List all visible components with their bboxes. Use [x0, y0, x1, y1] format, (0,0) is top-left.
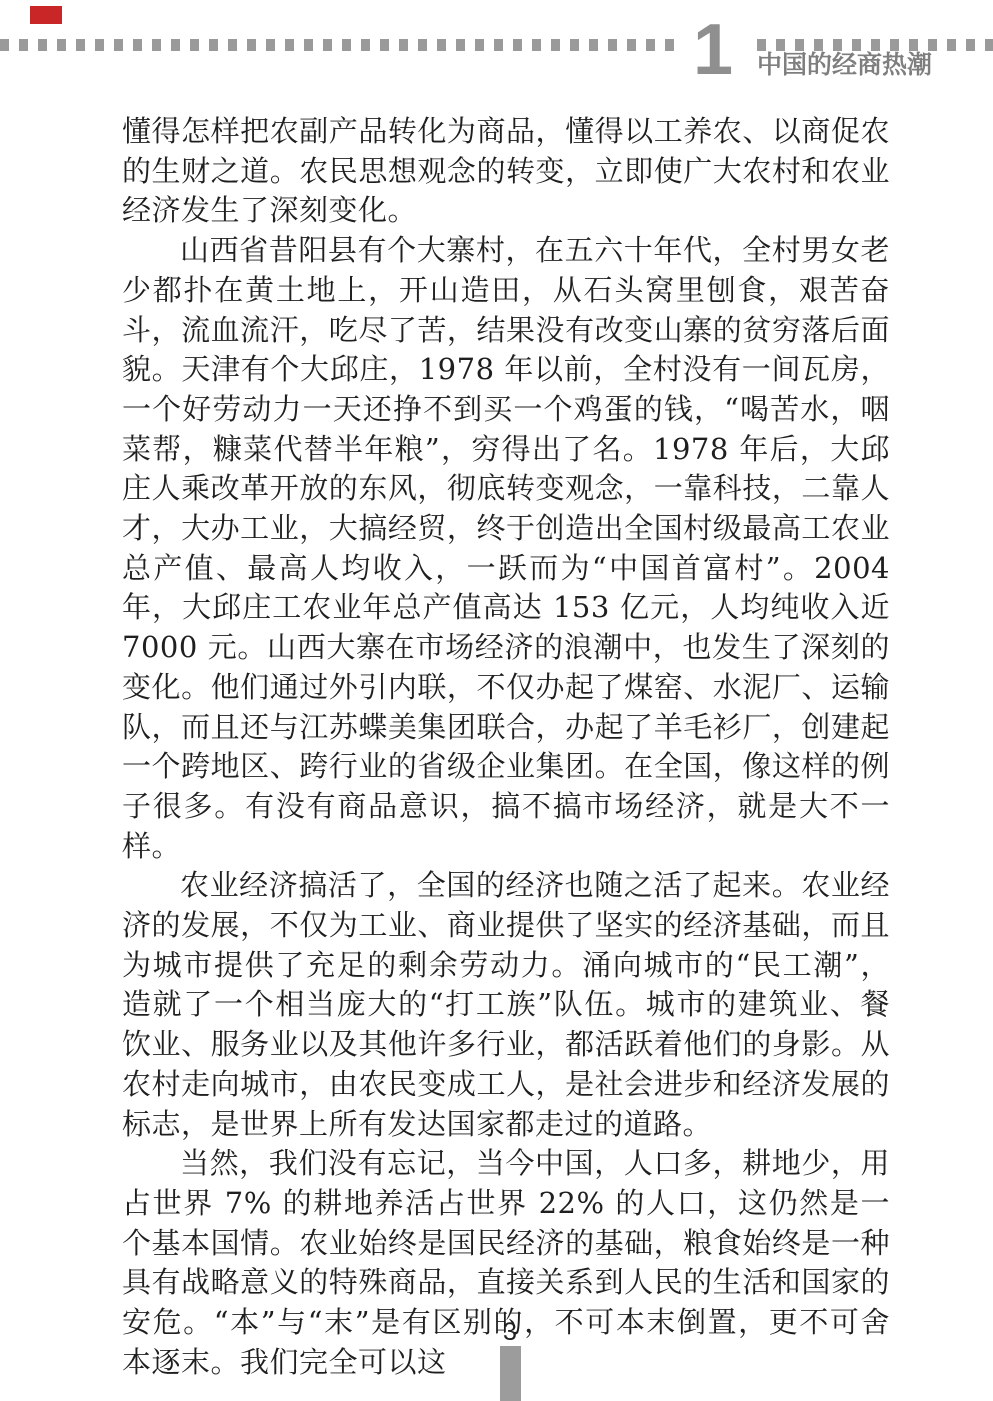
header-dashed-rule-left	[0, 39, 680, 51]
paragraph-dazhai-daqiuzhuang: 山西省昔阳县有个大寨村，在五六十年代，全村男女老少都扑在黄土地上，开山造田，从石…	[122, 231, 890, 866]
paragraph-continuation: 懂得怎样把农副产品转化为商品，懂得以工养农、以商促农的生财之道。农民思想观念的转…	[122, 112, 890, 231]
chapter-number: 1	[692, 14, 734, 86]
chapter-title: 中国的经商热潮	[757, 51, 932, 78]
red-corner-mark	[30, 6, 62, 24]
page-number-tab	[500, 1346, 521, 1401]
page-number: 3	[486, 1318, 534, 1346]
body-text: 懂得怎样把农副产品转化为商品，懂得以工养农、以商促农的生财之道。农民思想观念的转…	[122, 112, 890, 1383]
paragraph-rural-economy: 农业经济搞活了，全国的经济也随之活了起来。农业经济的发展，不仅为工业、商业提供了…	[122, 866, 890, 1144]
book-page: 1 中国的经商热潮 懂得怎样把农副产品转化为商品，懂得以工养农、以商促农的生财之…	[0, 0, 993, 1401]
